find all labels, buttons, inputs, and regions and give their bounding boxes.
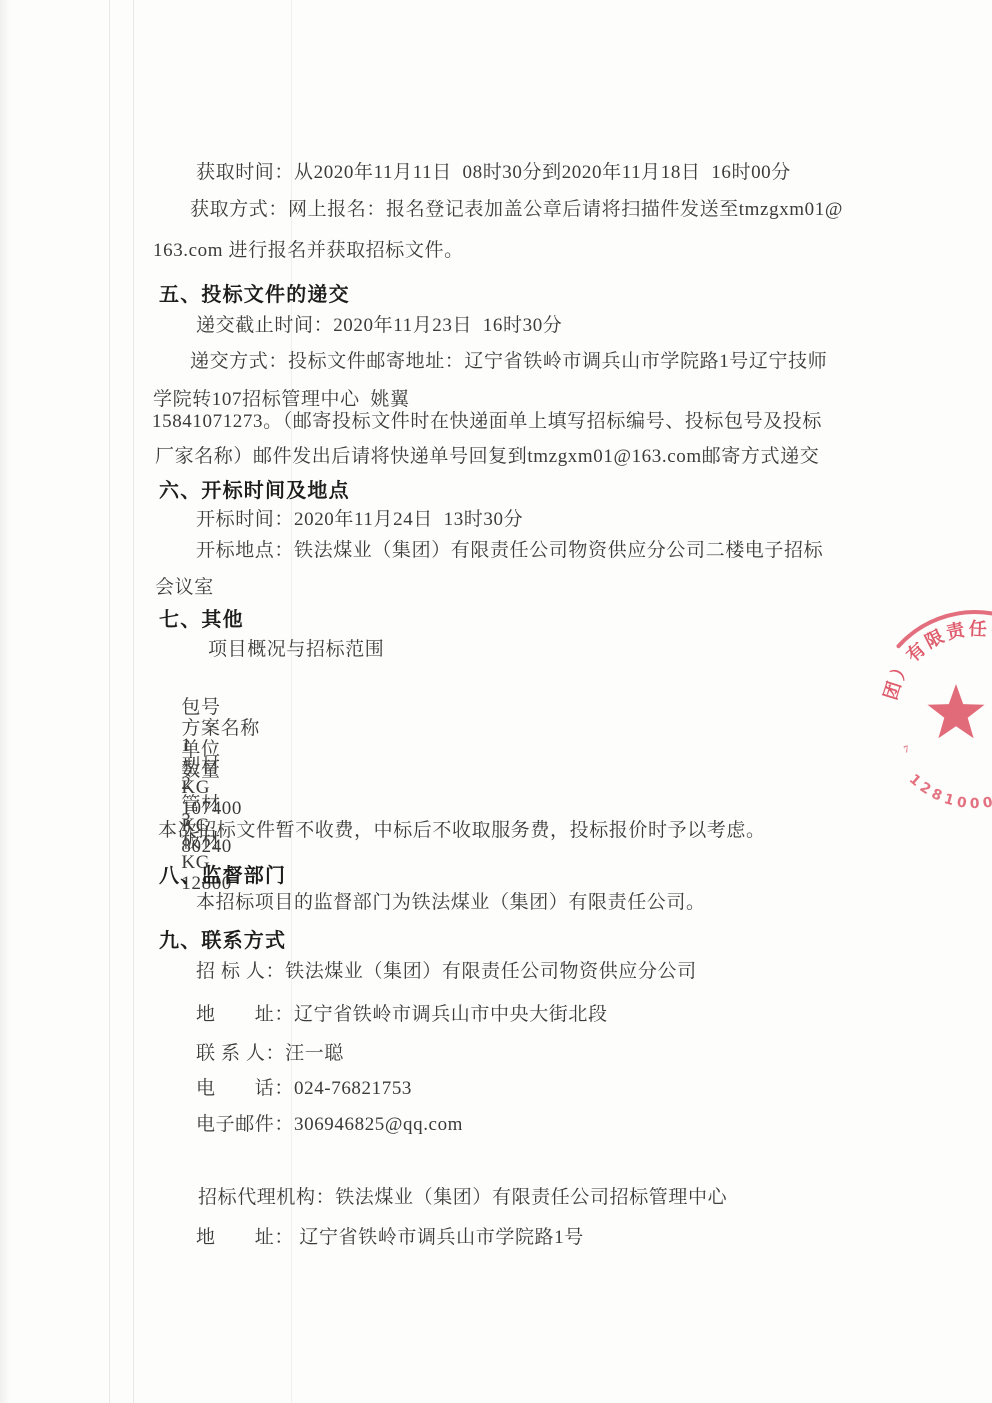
opening-place-line: 开标地点：铁法煤业（集团）有限责任公司物资供应分公司二楼电子招标 <box>196 541 823 562</box>
scan-artifact-line <box>133 0 134 1403</box>
section-heading-contact: 九、联系方式 <box>159 930 286 952</box>
seal-stray-mark: 7 <box>903 744 911 756</box>
seal-company-arc-text: 团）有限责任公 <box>880 618 992 703</box>
contact-person-line: 联 系 人：汪一聪 <box>196 1044 344 1065</box>
submission-method-line-4: 厂家名称）邮件发出后请将快递单号回复到tmzgxm01@163.com邮寄方式递… <box>155 447 819 468</box>
phone-line: 电 话：024-76821753 <box>196 1079 412 1100</box>
scanned-document-page: 获取时间：从2020年11月11日 08时30分到2020年11月18日 16时… <box>0 0 992 1403</box>
opening-time-line: 开标时间：2020年11月24日 13时30分 <box>196 510 523 531</box>
section-heading-supervision: 八、监督部门 <box>159 865 286 887</box>
submission-method-line: 递交方式：投标文件邮寄地址：辽宁省铁岭市调兵山市学院路1号辽宁技师 <box>190 352 827 373</box>
seal-serial-number: 1281000004 <box>906 771 992 812</box>
submission-deadline-line: 递交截止时间：2020年11月23日 16时30分 <box>196 316 562 337</box>
email-line: 电子邮件：306946825@qq.com <box>196 1115 463 1136</box>
section-heading-submission: 五、投标文件的递交 <box>159 284 350 306</box>
company-seal: 团）有限责任公 7 1281000004 <box>848 593 992 838</box>
agency-address-line: 地 址： 辽宁省铁岭市调兵山市学院路1号 <box>196 1228 584 1249</box>
section-heading-opening: 六、开标时间及地点 <box>159 480 350 502</box>
submission-method-line-3: 15841071273。（邮寄投标文件时在快递面单上填写招标编号、投标包号及投标 <box>152 412 822 433</box>
scan-artifact-line <box>109 0 110 1403</box>
supervision-body-line: 本招标项目的监督部门为铁法煤业（集团）有限责任公司。 <box>196 893 706 914</box>
section-heading-other: 七、其他 <box>159 609 244 631</box>
tenderer-line: 招 标 人：铁法煤业（集团）有限责任公司物资供应分公司 <box>196 962 697 983</box>
acquisition-time-line: 获取时间：从2020年11月11日 08时30分到2020年11月18日 16时… <box>196 163 791 184</box>
agency-line: 招标代理机构：铁法煤业（集团）有限责任公司招标管理中心 <box>198 1188 727 1209</box>
acquisition-method-line: 获取方式：网上报名：报名登记表加盖公章后请将扫描件发送至tmzgxm01@ <box>190 200 843 221</box>
tenderer-address-line: 地 址：辽宁省铁岭市调兵山市中央大街北段 <box>196 1005 608 1026</box>
project-scope-subtitle: 项目概况与招标范围 <box>208 640 384 661</box>
seal-border-arc <box>899 612 992 680</box>
seal-star-icon <box>928 684 985 738</box>
opening-place-line-2: 会议室 <box>155 578 214 599</box>
submission-method-line-2: 学院转107招标管理中心 姚翼 <box>153 390 410 411</box>
fee-note-line: 本次招标文件暂不收费，中标后不收取服务费，投标报价时予以考虑。 <box>158 821 766 842</box>
acquisition-method-line-2: 163.com 进行报名并获取招标文件。 <box>153 241 464 262</box>
